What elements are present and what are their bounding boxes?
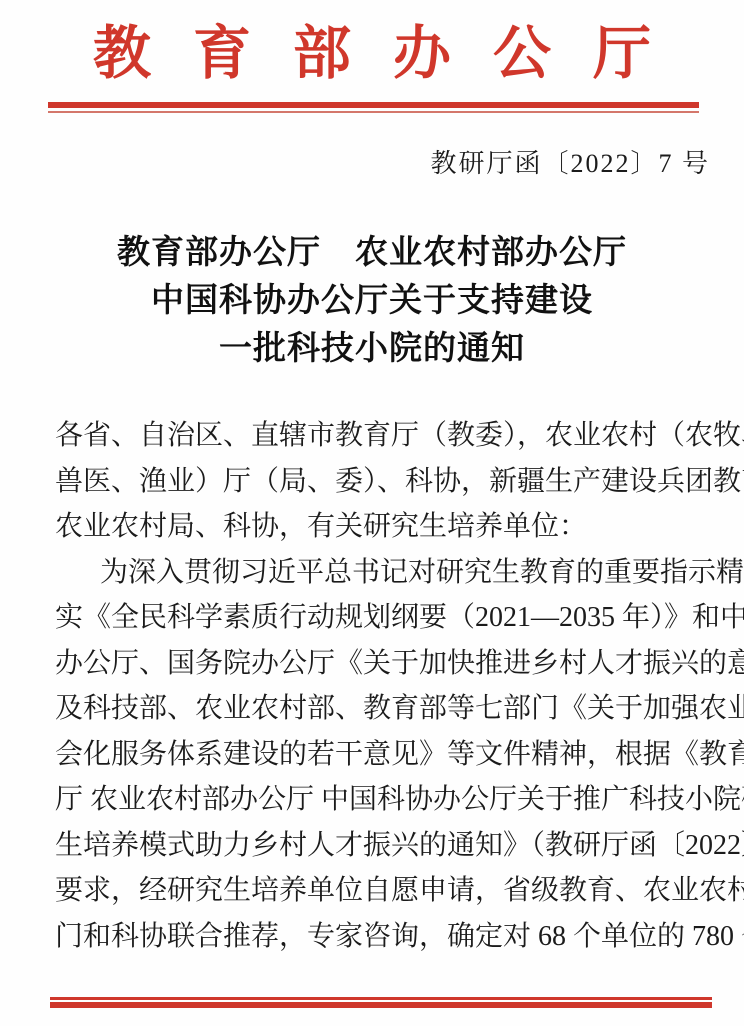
footer-separator	[50, 997, 712, 1008]
document-title: 教育部办公厅 农业农村部办公厅 中国科协办公厅关于支持建设 一批科技小院的通知	[0, 229, 744, 373]
body-line: 门和科协联合推荐，专家咨询，确定对 68 个单位的 780 个科技	[55, 914, 708, 960]
document-page: 教育部办公厅 教研厅函〔2022〕7 号 教育部办公厅 农业农村部办公厅 中国科…	[0, 0, 744, 1026]
body-line: 办公厅、国务院办公厅《关于加快推进乡村人才振兴的意见》以	[55, 641, 708, 687]
title-line-1: 教育部办公厅 农业农村部办公厅	[0, 229, 744, 277]
body-line: 会化服务体系建设的若干意见》等文件精神，根据《教育部办公	[55, 732, 708, 778]
body-line: 兽医、渔业）厅（局、委）、科协，新疆生产建设兵团教育局、	[55, 459, 708, 505]
letterhead-rule-thick	[48, 102, 699, 108]
body-line: 及科技部、农业农村部、教育部等七部门《关于加强农业科技社	[55, 686, 708, 732]
body-line: 生培养模式助力乡村人才振兴的通知》（教研厅函〔2022〕2 号）	[55, 823, 708, 869]
document-number: 教研厅函〔2022〕7 号	[430, 143, 710, 180]
document-body: 各省、自治区、直辖市教育厅（教委），农业农村（农牧、畜牧 兽医、渔业）厅（局、委…	[55, 413, 708, 959]
body-line: 要求，经研究生培养单位自愿申请，省级教育、农业农村行政部	[55, 868, 708, 914]
body-line: 实《全民科学素质行动规划纲要（2021—2035 年）》和中共中央	[55, 595, 708, 641]
body-line: 农业农村局、科协，有关研究生培养单位：	[55, 504, 708, 550]
body-line: 为深入贯彻习近平总书记对研究生教育的重要指示精神，落	[55, 550, 708, 596]
title-line-3: 一批科技小院的通知	[0, 325, 744, 373]
letterhead-rule-thin	[48, 111, 699, 113]
letterhead-separator	[48, 102, 699, 113]
body-line: 各省、自治区、直辖市教育厅（教委），农业农村（农牧、畜牧	[55, 413, 708, 459]
footer-rule-thick	[50, 1002, 712, 1008]
agency-letterhead: 教育部办公厅	[0, 6, 744, 90]
footer-rule-thin	[50, 997, 712, 1000]
title-line-2: 中国科协办公厅关于支持建设	[0, 277, 744, 325]
body-line: 厅 农业农村部办公厅 中国科协办公厅关于推广科技小院研究	[55, 777, 708, 823]
